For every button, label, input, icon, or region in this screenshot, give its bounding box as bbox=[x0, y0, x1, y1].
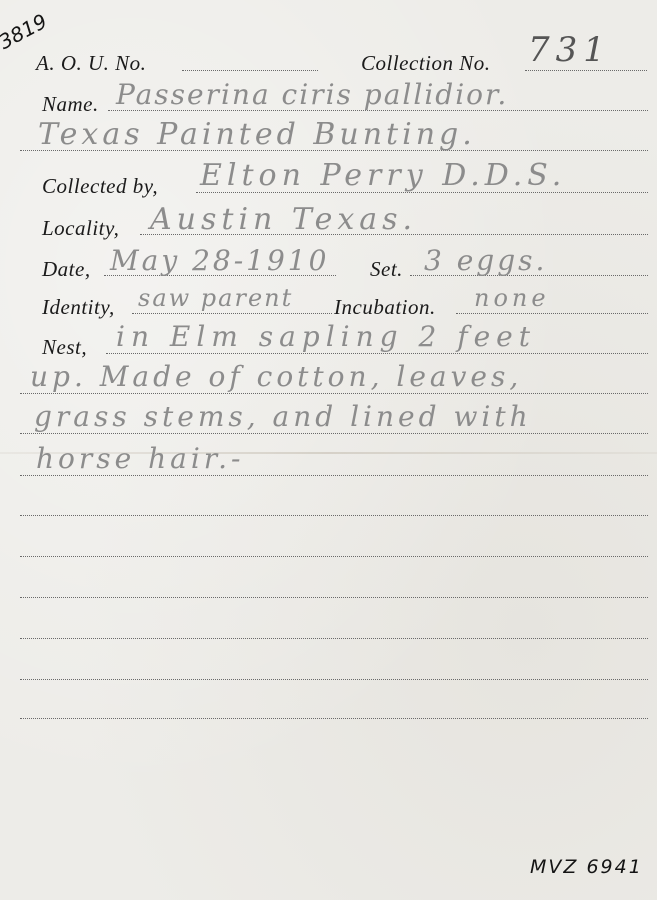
identity-line bbox=[132, 313, 332, 314]
blank-line bbox=[20, 718, 648, 719]
blank-line bbox=[20, 515, 648, 516]
collection-label: Collection No. bbox=[361, 51, 491, 76]
nest-label: Nest, bbox=[42, 335, 87, 360]
blank-line bbox=[20, 556, 648, 557]
nest-line-4 bbox=[20, 475, 648, 476]
aou-label: A. O. U. No. bbox=[36, 51, 146, 76]
set-label: Set. bbox=[370, 257, 403, 282]
nest-value-line-3: grass stems, and lined with bbox=[34, 400, 532, 433]
nest-line-3 bbox=[20, 433, 648, 434]
collection-value: 731 bbox=[528, 30, 611, 70]
date-value: May 28-1910 bbox=[110, 244, 329, 277]
set-value: 3 eggs. bbox=[424, 244, 547, 277]
specimen-card: 3819 A. O. U. No. Collection No. 731 Nam… bbox=[0, 0, 657, 900]
aou-line bbox=[182, 70, 318, 71]
collection-line bbox=[525, 70, 647, 71]
locality-value: Austin Texas. bbox=[150, 202, 417, 237]
blank-line bbox=[20, 638, 648, 639]
collected-by-label: Collected by, bbox=[42, 174, 158, 199]
locality-label: Locality, bbox=[42, 216, 119, 241]
catalog-number: MVZ 6941 bbox=[530, 856, 643, 878]
identity-value: saw parent bbox=[138, 284, 293, 312]
identity-label: Identity, bbox=[42, 295, 115, 320]
nest-line-1 bbox=[106, 353, 648, 354]
corner-number: 3819 bbox=[0, 9, 51, 54]
nest-value-line-2: up. Made of cotton, leaves, bbox=[30, 360, 522, 393]
nest-line-2 bbox=[20, 393, 648, 394]
incubation-value: none bbox=[474, 284, 550, 312]
blank-line bbox=[20, 679, 648, 680]
incubation-line bbox=[456, 313, 648, 314]
name-value: Passerina ciris pallidior. bbox=[116, 78, 508, 111]
incubation-label: Incubation. bbox=[334, 295, 436, 320]
nest-value-line-4: horse hair.- bbox=[36, 442, 244, 475]
name-value-line2: Texas Painted Bunting. bbox=[38, 117, 476, 152]
date-label: Date, bbox=[42, 257, 91, 282]
name-label: Name. bbox=[42, 92, 99, 117]
nest-value-line-1: in Elm sapling 2 feet bbox=[116, 320, 536, 353]
blank-line bbox=[20, 597, 648, 598]
collected-by-value: Elton Perry D.D.S. bbox=[200, 158, 566, 193]
